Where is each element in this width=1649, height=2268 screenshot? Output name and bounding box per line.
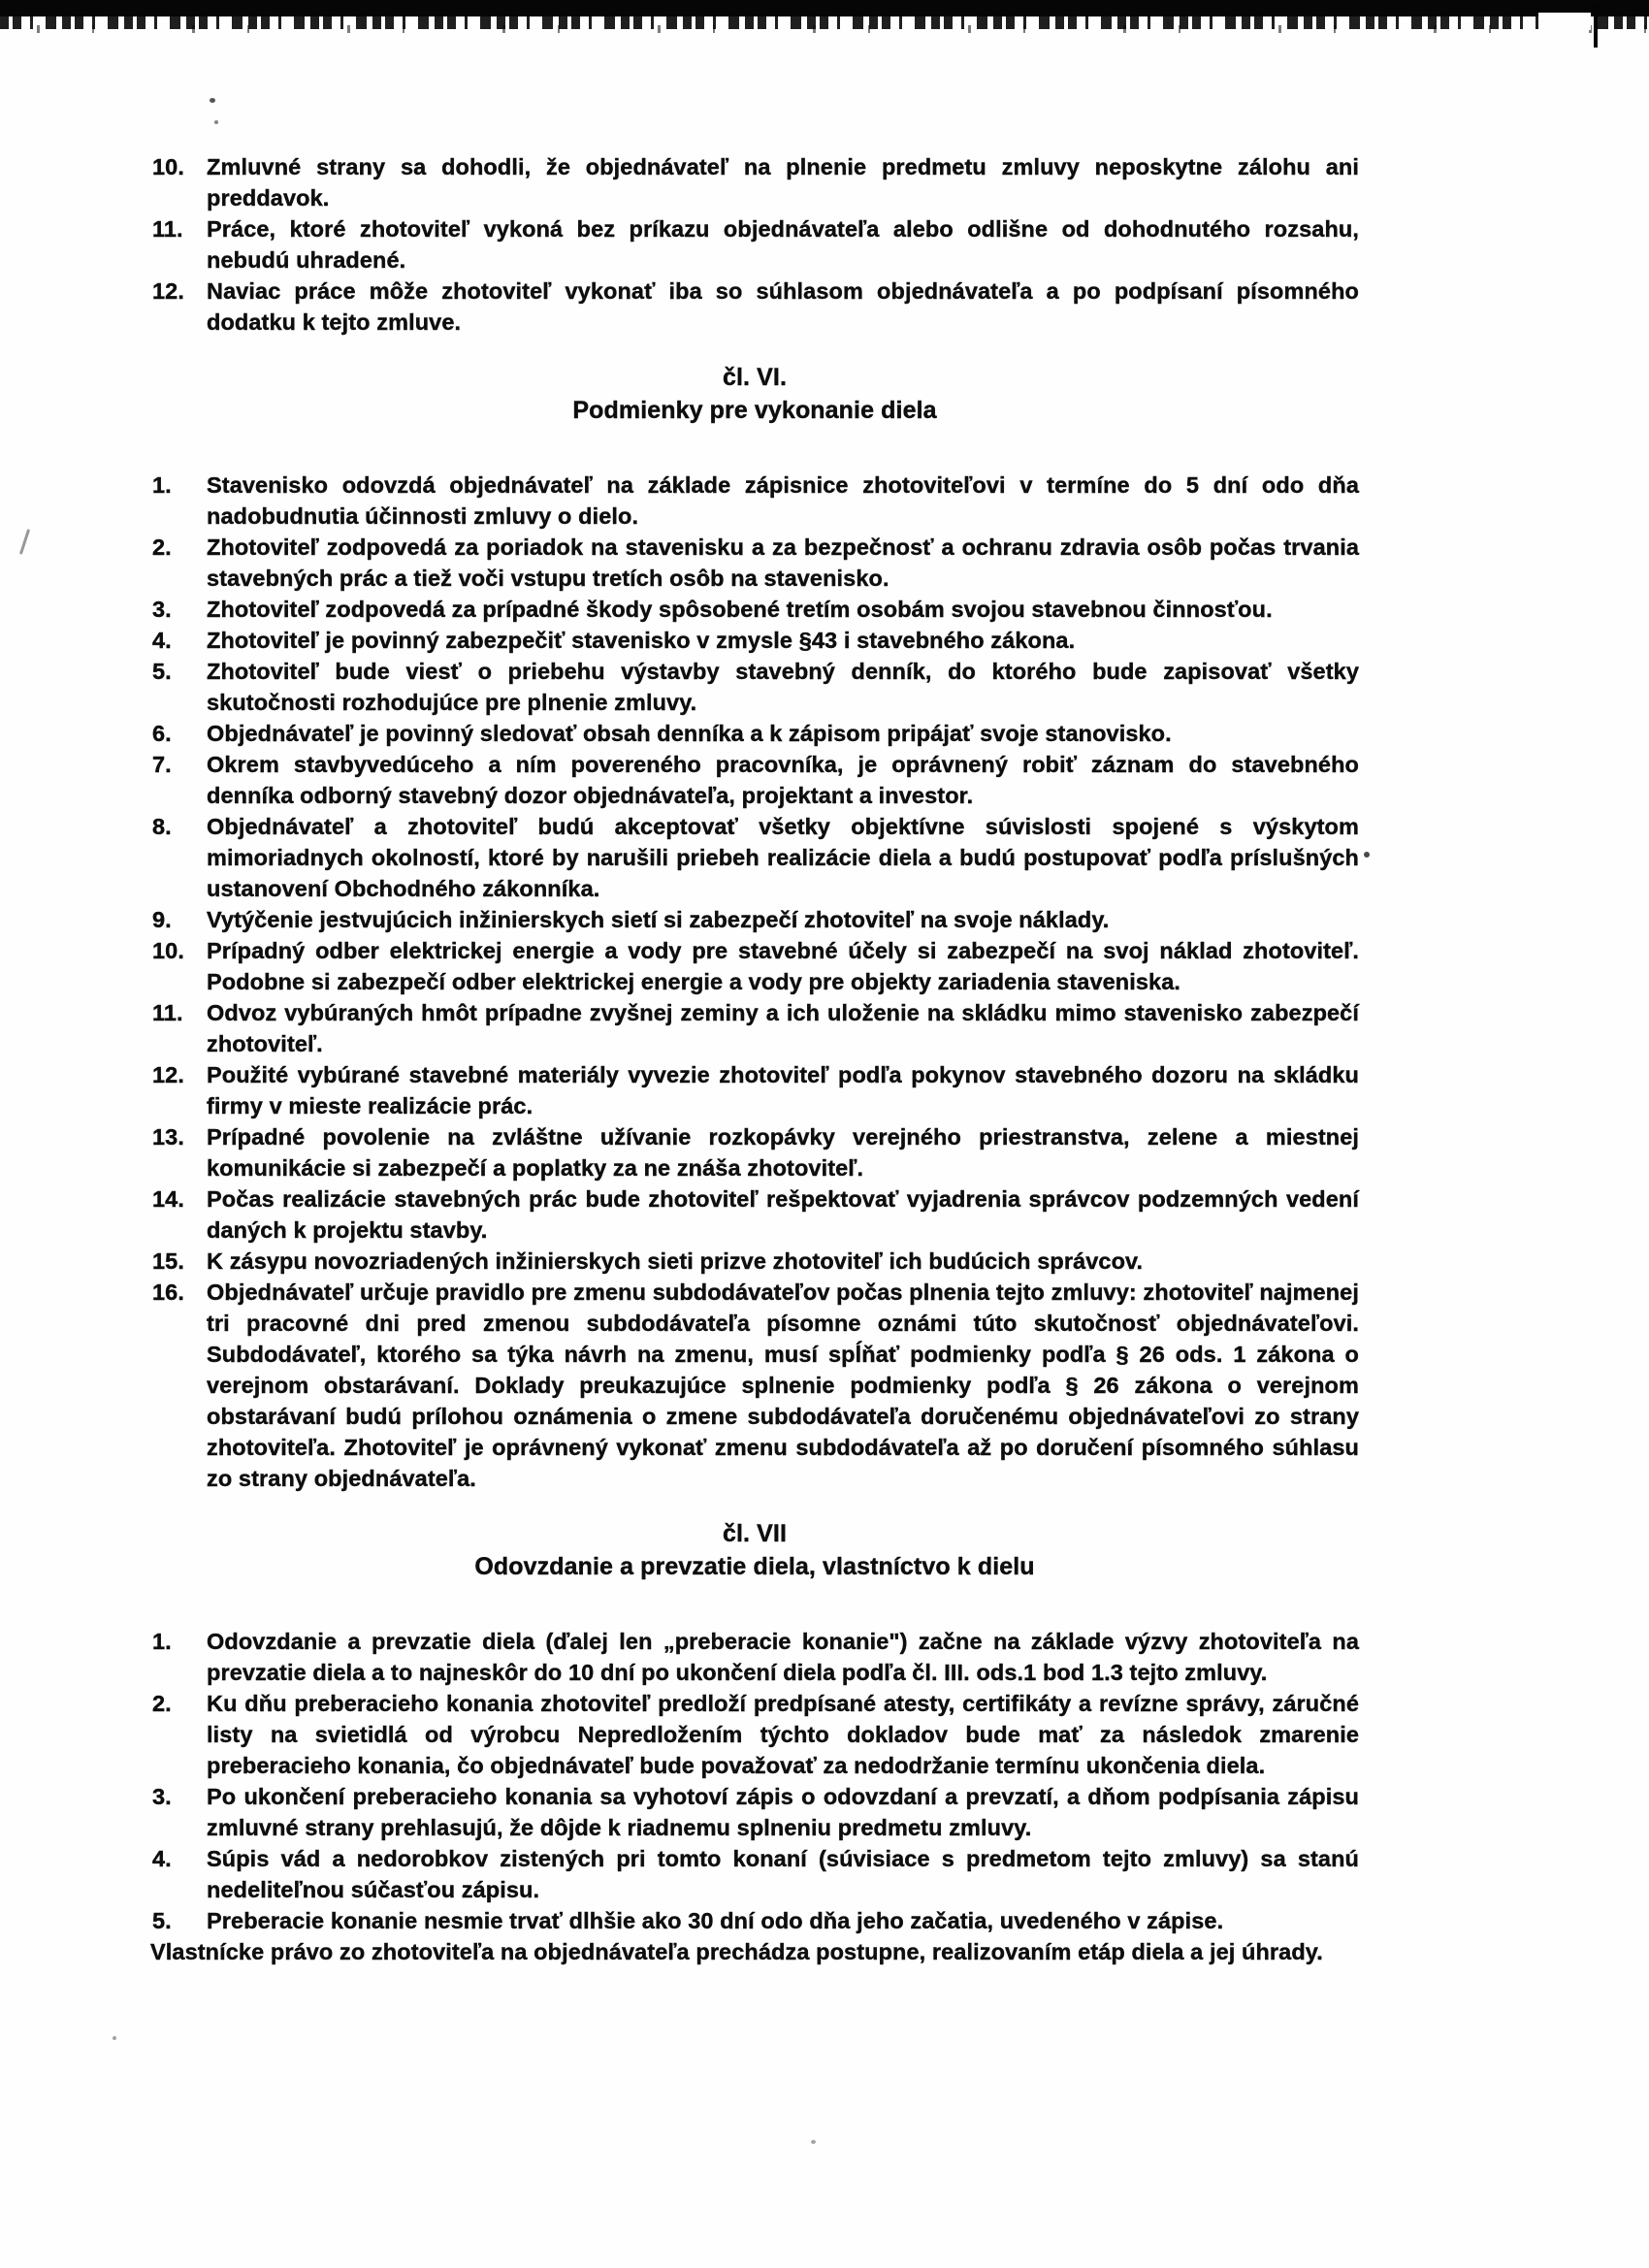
- clause-number: 1.: [152, 470, 172, 501]
- clause-item: 16.Objednávateľ určuje pravidlo pre zmen…: [150, 1277, 1359, 1494]
- clause-text: Súpis vád a nedorobkov zistených pri tom…: [207, 1846, 1359, 1902]
- clause-item: 2.Ku dňu preberacieho konania zhotoviteľ…: [150, 1688, 1359, 1781]
- clause-item: 14.Počas realizácie stavebných prác bude…: [150, 1183, 1359, 1246]
- clause-text: Naviac práce môže zhotoviteľ vykonať iba…: [207, 278, 1359, 335]
- clause-item: 4.Zhotoviteľ je povinný zabezpečiť stave…: [150, 625, 1359, 656]
- clause-item: 1.Odovzdanie a prevzatie diela (ďalej le…: [150, 1626, 1359, 1688]
- clause-number: 12.: [152, 1059, 184, 1090]
- clause-item: 5.Preberacie konanie nesmie trvať dlhšie…: [150, 1905, 1359, 1936]
- clause-text: Použité vybúrané stavebné materiály vyve…: [207, 1062, 1359, 1118]
- clause-number: 6.: [152, 718, 172, 749]
- clause-number: 14.: [152, 1183, 184, 1215]
- clause-number: 2.: [152, 1688, 172, 1719]
- clause-text: Zhotoviteľ zodpovedá za poriadok na stav…: [207, 535, 1359, 591]
- clause-text: Okrem stavbyvedúceho a ním povereného pr…: [207, 752, 1359, 808]
- clause-number: 2.: [152, 532, 172, 563]
- clause-item: 13.Prípadné povolenie na zvláštne užívan…: [150, 1121, 1359, 1183]
- clause-number: 4.: [152, 1843, 172, 1874]
- clause-item: 11.Odvoz vybúraných hmôt prípadne zvyšne…: [150, 997, 1359, 1059]
- clause-text: Stavenisko odovzdá objednávateľ na zákla…: [207, 472, 1359, 529]
- scan-speckle: [214, 120, 218, 124]
- clause-item: 12.Použité vybúrané stavebné materiály v…: [150, 1059, 1359, 1121]
- clause-item: 3.Zhotoviteľ zodpovedá za prípadné škody…: [150, 594, 1359, 625]
- clause-item: 11.Práce, ktoré zhotoviteľ vykoná bez pr…: [150, 213, 1359, 275]
- clause-text: Odovzdanie a prevzatie diela (ďalej len …: [207, 1629, 1359, 1685]
- clause-text: Objednávateľ určuje pravidlo pre zmenu s…: [207, 1280, 1359, 1491]
- clause-item: 10.Zmluvné strany sa dohodli, že objedná…: [150, 151, 1359, 213]
- clause-number: 5.: [152, 656, 172, 687]
- clause-text: Počas realizácie stavebných prác bude zh…: [207, 1186, 1359, 1243]
- clause-number: 7.: [152, 749, 172, 780]
- clause-text: Zhotoviteľ je povinný zabezpečiť staveni…: [207, 628, 1075, 653]
- contract-body: 10.Zmluvné strany sa dohodli, že objedná…: [150, 151, 1359, 1967]
- clause-number: 16.: [152, 1277, 184, 1308]
- clause-item: 8.Objednávateľ a zhotoviteľ budú akcepto…: [150, 811, 1359, 904]
- section-title: Podmienky pre vykonanie diela: [150, 394, 1359, 427]
- clause-item: 9.Vytýčenie jestvujúcich inžinierskych s…: [150, 904, 1359, 935]
- clause-text: Ku dňu preberacieho konania zhotoviteľ p…: [207, 1691, 1359, 1778]
- clause-item: 10.Prípadný odber elektrickej energie a …: [150, 935, 1359, 997]
- scan-speckle: [19, 529, 30, 555]
- scan-speckle: [210, 98, 215, 103]
- clause-text: Prípadné povolenie na zvláštne užívanie …: [207, 1124, 1359, 1181]
- clause-number: 9.: [152, 904, 172, 935]
- clause-number: 11.: [152, 213, 183, 244]
- clause-item: 6.Objednávateľ je povinný sledovať obsah…: [150, 718, 1359, 749]
- clause-item: 5.Zhotoviteľ bude viesť o priebehu výsta…: [150, 656, 1359, 718]
- clause-item: 3.Po ukončení preberacieho konania sa vy…: [150, 1781, 1359, 1843]
- clause-number: 10.: [152, 935, 184, 966]
- clause-number: 3.: [152, 1781, 172, 1812]
- clause-text: Vytýčenie jestvujúcich inžinierskych sie…: [207, 907, 1109, 932]
- clause-text: Práce, ktoré zhotoviteľ vykoná bez príka…: [207, 216, 1359, 273]
- scan-artifact-corner-mark: [1594, 3, 1598, 48]
- closing-paragraph: Vlastnícke právo zo zhotoviteľa na objed…: [150, 1936, 1359, 1967]
- clause-item: 1.Stavenisko odovzdá objednávateľ na zák…: [150, 470, 1359, 532]
- clause-number: 10.: [152, 151, 184, 182]
- scan-speckle: [1364, 852, 1370, 858]
- article-heading: čl. VII: [150, 1517, 1359, 1550]
- clause-list: 1.Stavenisko odovzdá objednávateľ na zák…: [150, 470, 1359, 1494]
- clause-text: Preberacie konanie nesmie trvať dlhšie a…: [207, 1908, 1223, 1933]
- clause-text: Odvoz vybúraných hmôt prípadne zvyšnej z…: [207, 1000, 1359, 1056]
- scan-artifact-notch: [1538, 13, 1591, 30]
- clause-item: 2.Zhotoviteľ zodpovedá za poriadok na st…: [150, 532, 1359, 594]
- clause-item: 15.K zásypu novozriadených inžinierskych…: [150, 1246, 1359, 1277]
- scan-speckle: [811, 2140, 816, 2144]
- article-heading: čl. VI.: [150, 361, 1359, 394]
- clause-number: 4.: [152, 625, 172, 656]
- clause-number: 1.: [152, 1626, 172, 1657]
- scan-speckle: [113, 2036, 116, 2040]
- clause-text: Objednávateľ a zhotoviteľ budú akceptova…: [207, 814, 1359, 901]
- clause-number: 11.: [152, 997, 183, 1028]
- clause-text: Objednávateľ je povinný sledovať obsah d…: [207, 721, 1172, 746]
- clause-text: Po ukončení preberacieho konania sa vyho…: [207, 1784, 1359, 1840]
- clause-text: K zásypu novozriadených inžinierskych si…: [207, 1248, 1143, 1274]
- scan-artifact-top-band: [0, 0, 1649, 16]
- clause-number: 5.: [152, 1905, 172, 1936]
- clause-text: Prípadný odber elektrickej energie a vod…: [207, 938, 1359, 994]
- clause-text: Zmluvné strany sa dohodli, že objednávat…: [207, 154, 1359, 211]
- scanned-contract-page: 10.Zmluvné strany sa dohodli, že objedná…: [0, 0, 1649, 2268]
- clause-list: 1.Odovzdanie a prevzatie diela (ďalej le…: [150, 1626, 1359, 1936]
- section-title: Odovzdanie a prevzatie diela, vlastníctv…: [150, 1550, 1359, 1583]
- clause-item: 12.Naviac práce môže zhotoviteľ vykonať …: [150, 275, 1359, 338]
- clause-item: 4.Súpis vád a nedorobkov zistených pri t…: [150, 1843, 1359, 1905]
- clause-text: Zhotoviteľ bude viesť o priebehu výstavb…: [207, 659, 1359, 715]
- clause-number: 15.: [152, 1246, 184, 1277]
- clause-number: 3.: [152, 594, 172, 625]
- clause-number: 8.: [152, 811, 172, 842]
- clause-number: 12.: [152, 275, 184, 307]
- clause-number: 13.: [152, 1121, 184, 1152]
- clause-text: Zhotoviteľ zodpovedá za prípadné škody s…: [207, 597, 1273, 622]
- clause-item: 7.Okrem stavbyvedúceho a ním povereného …: [150, 749, 1359, 811]
